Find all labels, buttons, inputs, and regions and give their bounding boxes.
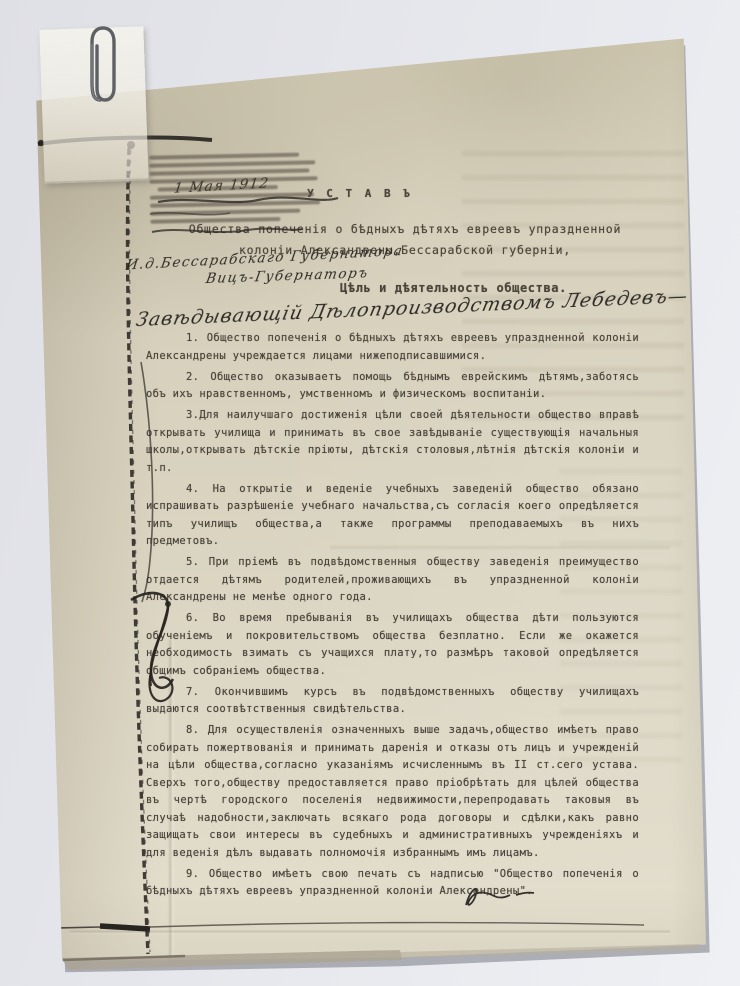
paragraph-9: 9. Общество имѣетъ свою печать съ надпис…	[146, 866, 639, 901]
document-subtitle-line1: Общества попеченія о бѣдныхъ дѣтяхъ евре…	[158, 222, 652, 236]
paragraph-4: 4. На открытіе и веденіе учебныхъ заведе…	[146, 481, 639, 551]
stamp-text-line	[150, 200, 320, 208]
horizontal-crease	[70, 930, 670, 935]
bottom-ink-line	[55, 914, 644, 931]
stamp-text-line	[149, 160, 315, 167]
paragraph-1: 1. Общество попеченія о бѣдныхъ дѣтяхъ е…	[146, 330, 639, 365]
attached-paper-slip	[39, 26, 148, 184]
paragraph-7: 7. Окончившимъ курсъ въ подвѣдомственных…	[146, 684, 639, 719]
document-title: У С Т А В Ъ	[150, 187, 570, 200]
paragraph-6: 6. Во время пребыванія въ училищахъ обще…	[146, 610, 639, 680]
photo-scene: 1 Мая 1912 У С Т А В Ъ Общества попечені…	[0, 0, 740, 986]
paragraph-5: 5. При пріемѣ въ подвѣдомственныя общест…	[146, 554, 639, 607]
stamp-text-line	[149, 168, 309, 175]
paragraph-8: 8. Для осуществленія означенныхъ выше за…	[146, 722, 639, 862]
charter-paragraphs: 1. Общество попеченія о бѣдныхъ дѣтяхъ е…	[146, 330, 639, 904]
stamp-text-line	[150, 209, 300, 216]
paragraph-3: 3.Для наилучшаго достиженія цѣли своей д…	[146, 407, 639, 477]
paragraph-2: 2. Общество оказываетъ помощь бѣднымъ ев…	[146, 369, 639, 404]
stamp-text-line	[149, 153, 299, 160]
rubber-stamp: 1 Мая 1912	[147, 148, 321, 252]
